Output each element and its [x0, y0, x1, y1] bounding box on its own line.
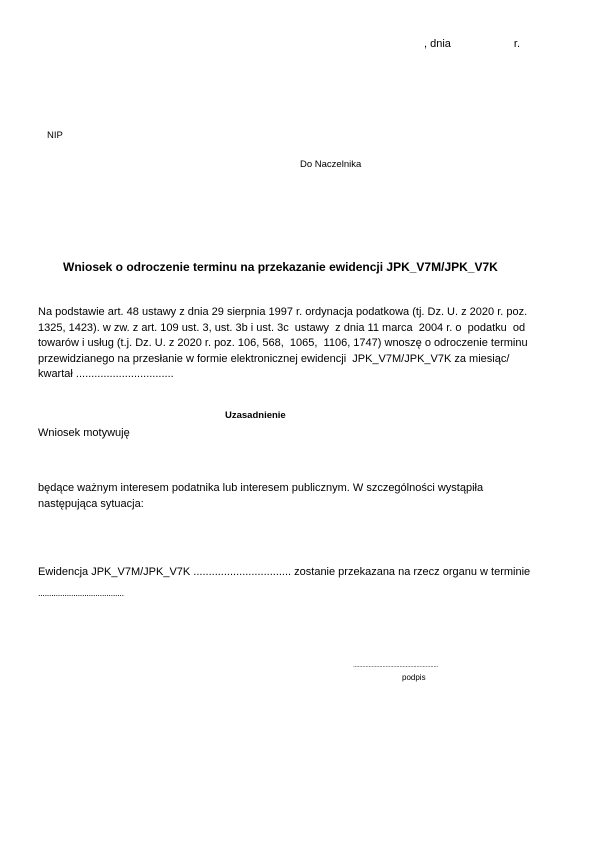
- request-paragraph: Na podstawie art. 48 ustawy z dnia 29 si…: [38, 305, 568, 383]
- motive-text: Wniosek motywuję: [38, 427, 130, 439]
- submission-text: Ewidencja JPK_V7M/JPK_V7K ..............…: [38, 566, 530, 578]
- date-prefix: , dnia: [424, 38, 451, 50]
- signature-label: podpis: [402, 673, 426, 682]
- paragraph-line: Na podstawie art. 48 ustawy z dnia 29 si…: [38, 305, 568, 321]
- paragraph-line: następująca sytuacja:: [38, 497, 483, 513]
- justification-heading: Uzasadnienie: [225, 410, 286, 421]
- paragraph-line: towarów i usług (t.j. Dz. U. z 2020 r. p…: [38, 336, 568, 352]
- signature-line[interactable]: ........................................…: [353, 662, 438, 669]
- deadline-blank[interactable]: .......................................: [38, 588, 124, 598]
- paragraph-line: przewidzianego na przesłanie w formie el…: [38, 352, 568, 368]
- document-title: Wniosek o odroczenie terminu na przekaza…: [63, 260, 498, 274]
- addressee: Do Naczelnika: [300, 159, 361, 170]
- paragraph-line: 1325, 1423). w zw. z art. 109 ust. 3, us…: [38, 321, 568, 337]
- paragraph-line: będące ważnym interesem podatnika lub in…: [38, 481, 483, 497]
- date-suffix: r.: [514, 38, 520, 50]
- date-line: , dniar.: [424, 38, 520, 50]
- interest-paragraph: będące ważnym interesem podatnika lub in…: [38, 481, 483, 512]
- nip-label: NIP: [47, 130, 63, 141]
- paragraph-line: kwartał ................................: [38, 367, 568, 383]
